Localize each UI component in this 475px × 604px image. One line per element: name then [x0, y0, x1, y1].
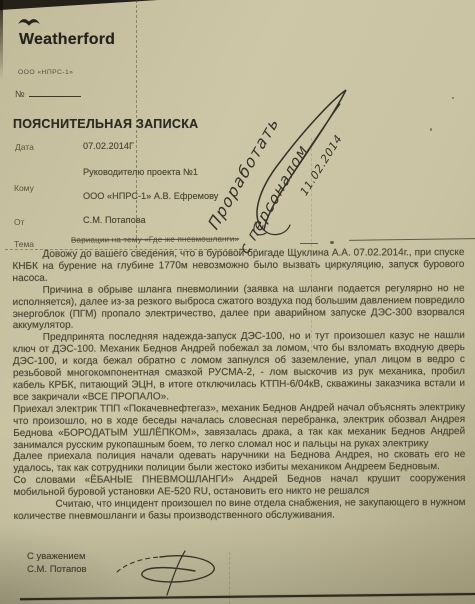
signature-flourish-top	[248, 86, 353, 236]
paragraph: Далее приехала полиция начали одевать на…	[13, 449, 465, 475]
subject-dot	[330, 241, 334, 244]
document-number-label: №	[15, 89, 25, 99]
subject-dash	[300, 243, 318, 244]
paper-speck	[430, 128, 432, 131]
letterhead-company: ООО «НПРС-1»	[18, 69, 73, 76]
closing-regards: С уважением	[27, 551, 87, 564]
bottom-horizontal-rule	[20, 593, 475, 600]
from-label: От	[14, 217, 25, 227]
paragraph: Считаю, что инцидент произошел по вине о…	[13, 497, 465, 523]
paper-sheet: Weatherford ООО «НПРС-1» № ПОЯСНИТЕЛЬНАЯ…	[0, 0, 475, 604]
paper-speck	[452, 97, 454, 99]
paragraph: Предпринята последняя надежда-запуск ДЭС…	[13, 330, 465, 403]
date-label: Дата	[15, 142, 34, 152]
paragraph: Приехал электрик ТПП «Покачевнефтегаз», …	[13, 402, 465, 452]
brand-wordmark: Weatherford	[19, 31, 115, 49]
subject-label: Тема	[14, 239, 34, 249]
paragraph: Причина в обрыве шланга пневмолинии (зая…	[13, 283, 465, 333]
subject-trailing-line	[349, 238, 475, 241]
paragraph: Со словами «ЁБАНЫЕ ПНЕВМОШЛАНГИ» Андрей …	[13, 473, 465, 499]
document-number-row: №	[15, 89, 81, 99]
recipient-line-1: Руководителю проекта №1	[83, 167, 198, 177]
closing-block: С уважением С.М. Потапов	[27, 551, 87, 576]
scanned-document-photo: Weatherford ООО «НПРС-1» № ПОЯСНИТЕЛЬНАЯ…	[0, 0, 475, 604]
paragraph: Довожу до вашего сведения, что в буровой…	[12, 247, 464, 285]
photo-edge-shadow-top	[0, 0, 158, 10]
closing-name: С.М. Потапов	[27, 564, 87, 577]
weatherford-logo-icon	[17, 13, 41, 30]
to-label: Кому	[14, 183, 34, 193]
from-value: С.М. Потапова	[83, 215, 146, 225]
document-title: ПОЯСНИТЕЛЬНАЯ ЗАПИСКА	[13, 117, 198, 131]
letter-body: Довожу до вашего сведения, что в буровой…	[12, 247, 465, 523]
photo-edge-shadow-left	[0, 0, 3, 80]
date-value: 07.02.2014Г	[83, 141, 134, 151]
recipient-line-2: ООО «НПРС-1» А.В. Ефремову	[83, 191, 218, 201]
document-number-blank-line	[29, 95, 81, 97]
signature-flourish-bottom	[115, 548, 220, 598]
subject-value-struck-out: Вариации на тему «Где же пневмошланги»	[71, 234, 239, 244]
